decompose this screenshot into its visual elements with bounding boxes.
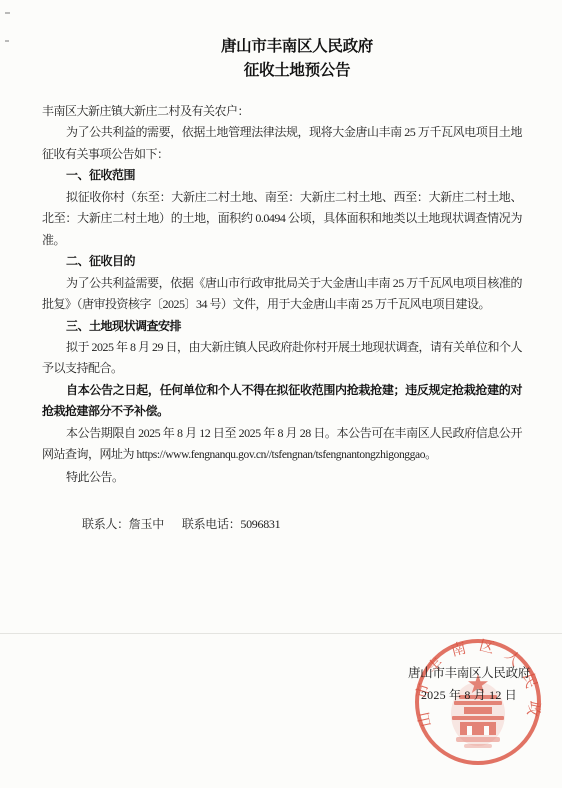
closing-paragraph: 特此公告。 — [42, 467, 522, 488]
warning-paragraph: 自本公告之日起，任何单位和个人不得在拟征收范围内抢栽抢建；违反规定抢栽抢建的对抢… — [42, 380, 522, 423]
document-title: 唐山市丰南区人民政府 征收土地预公告 — [16, 35, 562, 83]
section-body-purpose: 为了公共利益需要，依据《唐山市行政审批局关于大金唐山丰南 25 万千瓦风电项目核… — [42, 273, 522, 316]
section-body-survey: 拟于 2025 年 8 月 29 日，由大新庄镇人民政府赴你村开展土地现状调查，… — [42, 337, 522, 380]
contact-person: 联系人：詹玉中 — [82, 517, 164, 531]
contact-line: 联系人：詹玉中联系电话：5096831 — [82, 514, 280, 535]
validity-paragraph: 本公告期限自 2025 年 8 月 12 日至 2025 年 8 月 28 日。… — [42, 423, 522, 467]
section-heading-scope: 一、征收范围 — [42, 165, 522, 186]
document-title-line1: 唐山市丰南区人民政府 — [16, 35, 562, 59]
validity-suffix: 。 — [425, 447, 437, 461]
intro-paragraph: 为了公共利益的需要，依据土地管理法律法规，现将大金唐山丰南 25 万千瓦风电项目… — [42, 122, 522, 165]
section-body-scope: 拟征收你村（东至：大新庄二村土地、南至：大新庄二村土地、西至：大新庄二村土地、北… — [42, 187, 522, 251]
signature-issuer: 唐山市丰南区人民政府 — [402, 663, 536, 681]
signature-date: 2025 年 8 月 12 日 — [402, 686, 536, 703]
salutation: 丰南区大新庄镇大新庄二村及有关农户： — [42, 101, 522, 122]
section-heading-survey: 三、土地现状调查安排 — [42, 316, 522, 337]
scan-speck — [5, 12, 10, 14]
announcement-url: https://www.fengnanqu.gov.cn//tsfengnan/… — [137, 449, 426, 461]
section-heading-purpose: 二、征收目的 — [42, 251, 522, 272]
announcement-page: 唐山市丰南区人民政府 征收土地预公告 丰南区大新庄镇大新庄二村及有关农户： 为了… — [0, 0, 562, 788]
contact-phone: 联系电话：5096831 — [182, 517, 280, 531]
document-title-line2: 征收土地预公告 — [16, 59, 562, 83]
document-body: 丰南区大新庄镇大新庄二村及有关农户： 为了公共利益的需要，依据土地管理法律法规，… — [42, 101, 522, 488]
scan-speck — [5, 40, 9, 42]
